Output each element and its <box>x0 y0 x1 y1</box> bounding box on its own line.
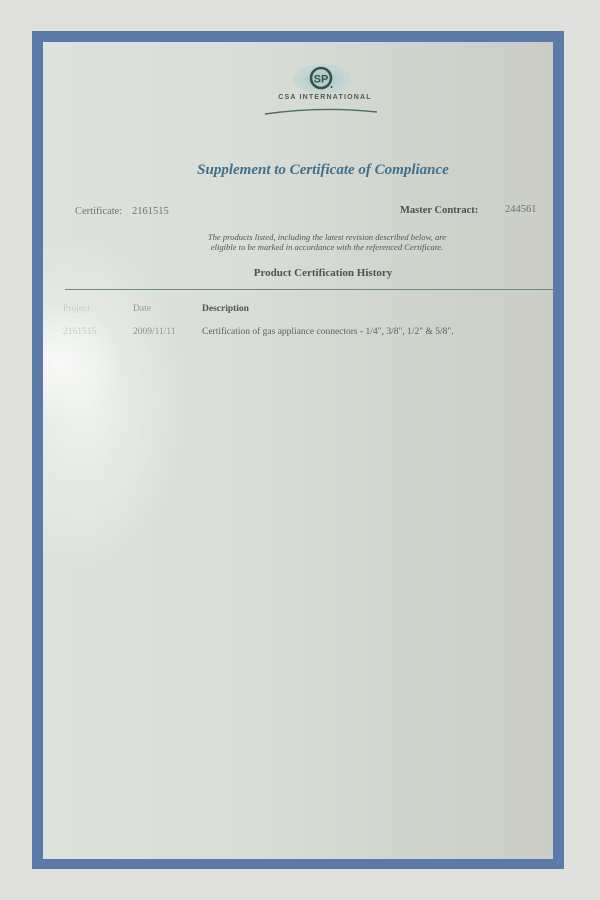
logo-swoosh <box>261 102 381 118</box>
column-header-description: Description <box>202 304 249 314</box>
section-title: Product Certification History <box>43 267 553 279</box>
row-project: 2161515 <box>63 327 96 337</box>
row-date: 2009/11/11 <box>133 327 176 337</box>
svg-text:SP: SP <box>314 74 329 86</box>
notice-line-1: The products listed, including the lates… <box>161 232 493 242</box>
certificate-label: Certificate: <box>75 206 122 217</box>
section-divider <box>65 289 553 290</box>
eligibility-notice: The products listed, including the lates… <box>161 232 493 252</box>
column-header-date: Date <box>133 304 151 314</box>
light-glare-spot <box>43 302 123 422</box>
certificate-number: 2161515 <box>132 206 169 217</box>
issuer-name: CSA INTERNATIONAL <box>265 94 385 101</box>
master-contract-label: Master Contract: <box>400 205 478 216</box>
light-glare <box>43 242 183 562</box>
document-title: Supplement to Certificate of Compliance <box>43 162 553 179</box>
certificate-page: SP CSA INTERNATIONAL Supplement to Certi… <box>43 42 553 859</box>
master-contract-number: 244561 <box>505 204 537 215</box>
column-header-project: Project <box>63 304 90 314</box>
notice-line-2: eligible to be marked in accordance with… <box>161 242 493 252</box>
row-description: Certification of gas appliance connector… <box>202 327 454 337</box>
csa-sp-mark-icon: SP <box>308 65 334 91</box>
